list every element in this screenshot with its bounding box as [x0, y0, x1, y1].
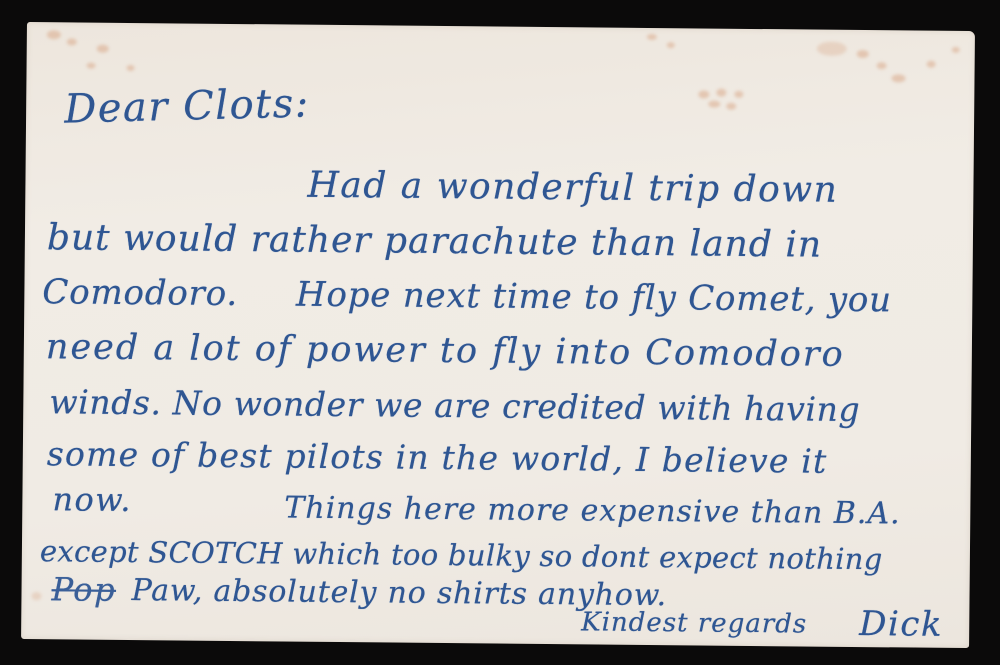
stain	[857, 50, 869, 58]
letter-line-2: but would rather parachute than land in	[47, 217, 822, 265]
letter-line-1: Had a wonderful trip down	[307, 165, 838, 211]
letter-line-5: winds. No wonder we are credited with ha…	[49, 382, 860, 429]
stain	[952, 47, 960, 53]
stain	[698, 90, 709, 98]
stain	[67, 38, 77, 45]
stain	[667, 42, 675, 48]
stain	[927, 61, 936, 68]
crossed-out-word: Pop	[51, 570, 116, 609]
letter-line-7: now.	[52, 480, 132, 519]
greeting: Dear Clots:	[64, 80, 311, 132]
stain	[97, 45, 109, 53]
letter-line-6: some of best pilots in the world, I beli…	[47, 434, 828, 480]
stain	[708, 101, 720, 108]
letter-line-9: except SCOTCH which too bulky so dont ex…	[40, 534, 883, 576]
letter-line-8: Things here more expensive than B.A.	[284, 490, 901, 531]
stain	[127, 65, 135, 71]
stain	[877, 62, 887, 69]
stain	[47, 30, 61, 39]
stain	[716, 89, 726, 97]
stain	[817, 42, 847, 56]
stain	[87, 63, 96, 69]
stain	[31, 592, 41, 600]
closing: Kindest regards	[581, 607, 807, 639]
signature: Dick	[859, 604, 943, 645]
letter-line-3: Comodoro. Hope next time to fly Comet, y…	[42, 272, 892, 320]
postcard: Dear Clots: Had a wonderful trip down bu…	[21, 22, 975, 648]
postcard-scan: Dear Clots: Had a wonderful trip down bu…	[0, 0, 1000, 665]
letter-line-4: need a lot of power to fly into Comodoro	[46, 327, 845, 375]
stain	[891, 74, 905, 82]
stain	[734, 91, 743, 98]
stain	[726, 103, 736, 110]
stain	[647, 34, 657, 40]
